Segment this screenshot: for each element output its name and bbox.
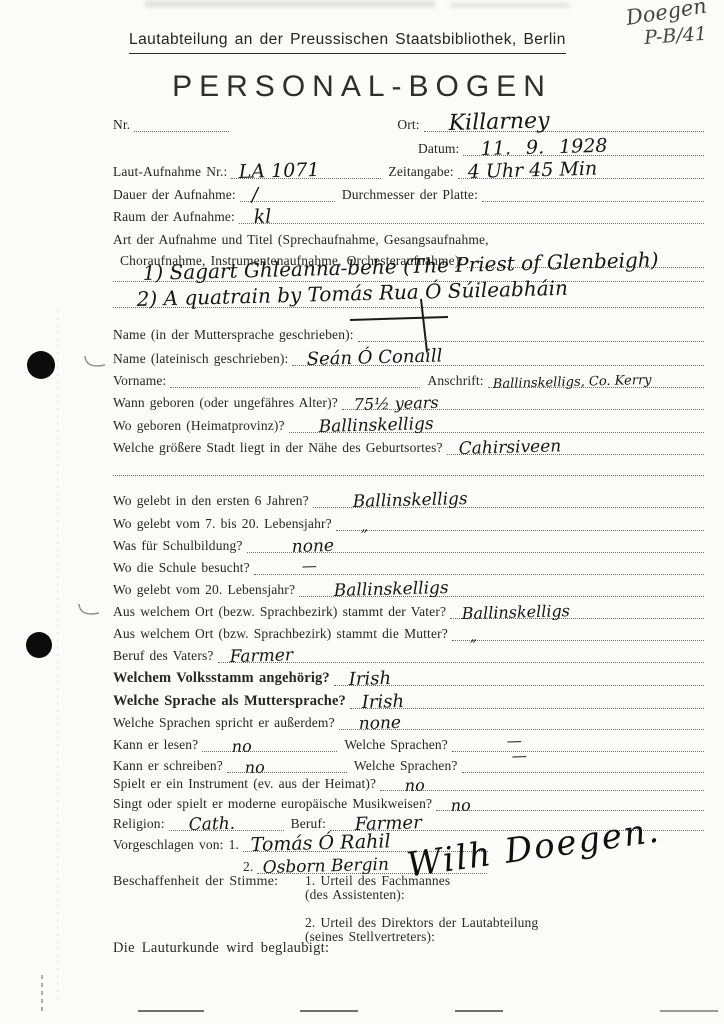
row-singt: Singt oder spielt er moderne europäische… [113, 791, 704, 811]
field-label: Ort: [397, 118, 423, 132]
scan-artifact [41, 975, 43, 1013]
field-label: Laut-Aufnahme Nr.: [113, 165, 231, 179]
handwritten-datum: 11. 9. 1928 [481, 137, 608, 159]
field-label: Aus welchem Ort (bzw. Sprachbezirk) stam… [113, 627, 452, 641]
row-datum: Datum: 11. 9. 1928 [113, 136, 704, 156]
field-label: Welche Sprachen spricht er außerdem? [113, 716, 339, 730]
dotted-line: / [240, 181, 335, 202]
punch-hole-icon [26, 632, 52, 658]
handwritten-ort: Killarney [448, 110, 549, 135]
dotted-line: „ [336, 510, 704, 531]
scan-artifact-line [660, 1010, 718, 1012]
handwritten-proposer-1: Tomás Ó Rahil [251, 832, 391, 855]
field-label: Welche Sprachen? [337, 738, 452, 752]
organization-header: Lautabteilung an der Preussischen Staats… [129, 31, 566, 54]
field-label: Welche Sprache als Muttersprache? [113, 694, 350, 709]
field-label: Raum der Aufnahme: [113, 210, 239, 224]
row-name-muttersprache: Name (in der Muttersprache geschrieben): [113, 322, 704, 342]
field-label: Wann geboren (oder ungefähres Alter)? [113, 396, 342, 410]
row-lautnr-zeit: Laut-Aufnahme Nr.: LA 1071 Zeitangabe: 4… [113, 159, 704, 179]
field-label: Kann er lesen? [113, 738, 202, 752]
scan-artifact [450, 3, 570, 7]
dotted-line: LA 1071 [231, 158, 381, 179]
field-label: Wo gelebt vom 20. Lebensjahr? [113, 583, 299, 597]
judgement-2-line1: 2. Urteil des Direktors der Lautabteilun… [305, 916, 538, 930]
row-schule-besucht: Wo die Schule besucht? — [113, 555, 704, 575]
row-schulbildung: Was für Schulbildung? none [113, 533, 704, 553]
scan-artifact-line [300, 1010, 358, 1012]
dotted-line: Killarney [424, 111, 704, 132]
field-label: Zeitangabe: [381, 165, 457, 179]
scan-artifact-line [455, 1010, 503, 1012]
dotted-line: none [339, 709, 704, 730]
field-label: Beruf: [284, 817, 330, 831]
row-separator [113, 460, 704, 476]
dotted-line: — [254, 554, 704, 575]
dotted-line: 75½ years [342, 389, 704, 410]
row-nr-ort: Nr. Ort: Killarney [113, 112, 704, 132]
row-instrument: Spielt er ein Instrument (ev. aus der He… [113, 771, 704, 791]
dotted-line: Cahirsiveen [447, 434, 704, 455]
row-art-line1: Art der Aufnahme und Titel (Sprechaufnah… [113, 227, 704, 247]
dotted-line: kl [239, 203, 704, 224]
row-dauer-durchmesser: Dauer der Aufnahme: / Durchmesser der Pl… [113, 182, 704, 202]
dotted-line [358, 321, 704, 342]
handwritten-zeit: 4 Uhr 45 Min [467, 160, 597, 182]
spacer [229, 112, 397, 132]
dotted-line [113, 459, 704, 476]
field-label: Spielt er ein Instrument (ev. aus der He… [113, 777, 380, 791]
dotted-line: 4 Uhr 45 Min [458, 158, 704, 179]
dotted-line: Ballinskelligs [299, 576, 704, 597]
field-label: Singt oder spielt er moderne europäische… [113, 797, 436, 811]
field-label: Anschrift: [420, 374, 487, 388]
handwritten-alter: 75½ years [353, 395, 438, 413]
row-sprachen-sonst: Welche Sprachen spricht er außerdem? non… [113, 710, 704, 730]
field-label: Aus welchem Ort (bezw. Sprachbezirk) sta… [113, 605, 450, 619]
row-beruf-vater: Beruf des Vaters? Farmer [113, 643, 704, 663]
field-label: Art der Aufnahme und Titel (Sprechaufnah… [113, 233, 493, 247]
row-wo-geboren: Wo geboren (Heimatprovinz)? Ballinskelli… [113, 413, 704, 433]
row-lesen: Kann er lesen? no Welche Sprachen? — [113, 732, 704, 752]
dotted-line: Ballinskelligs [289, 412, 704, 433]
field-label: Religion: [113, 817, 169, 831]
pencil-curl-mark [82, 354, 112, 376]
row-vater-ort: Aus welchem Ort (bezw. Sprachbezirk) sta… [113, 599, 704, 619]
dotted-line: 11. 9. 1928 [463, 135, 704, 156]
fold-line [57, 310, 58, 1000]
dotted-line: no [436, 790, 704, 811]
scan-artifact [145, 1, 435, 7]
dotted-line: „ [452, 620, 704, 641]
dotted-line: Irish [350, 686, 704, 709]
field-label: 2. [243, 860, 257, 874]
field-label: Beschaffenheit der Stimme: [113, 874, 305, 944]
handwritten-name: Seán Ó Conaill [307, 347, 443, 369]
handwritten-value: Ballinskelligs [352, 491, 467, 511]
field-label: Vorgeschlagen von: 1. [113, 838, 243, 852]
dotted-line: Ballinskelligs [450, 598, 704, 619]
judgement-1-line2: (des Assistenten): [305, 888, 538, 902]
spacer [113, 136, 418, 156]
dotted-line: Ballinskelligs, Co. Kerry [488, 367, 704, 388]
handwritten-geburtsort: Ballinskelligs [318, 416, 433, 436]
dotted-line: Irish [334, 663, 704, 686]
row-volksstamm: Welchem Volksstamm angehörig? Irish [113, 664, 704, 686]
field-label: Welche größere Stadt liegt in der Nähe d… [113, 441, 447, 455]
dotted-line: no [380, 770, 704, 791]
dotted-line [170, 367, 420, 388]
row-name-lateinisch: Name (lateinisch geschrieben): Seán Ó Co… [113, 346, 704, 366]
field-label: Wo geboren (Heimatprovinz)? [113, 419, 289, 433]
dotted-line: Farmer [218, 642, 704, 663]
row-gelebt-7-20: Wo gelebt vom 7. bis 20. Lebensjahr? „ [113, 511, 704, 531]
handwritten-dash: — [511, 749, 526, 764]
handwritten-raum: kl [253, 208, 271, 227]
field-label: Wo gelebt vom 7. bis 20. Lebensjahr? [113, 517, 336, 531]
field-label: Vorname: [113, 374, 170, 388]
scanned-personal-bogen-form: Lautabteilung an der Preussischen Staats… [0, 0, 724, 1024]
field-label: Nr. [113, 118, 134, 132]
row-gelebt-6: Wo gelebt in den ersten 6 Jahren? Ballin… [113, 488, 704, 508]
field-label: Durchmesser der Platte: [335, 188, 482, 202]
pencil-curl-mark [76, 602, 106, 624]
row-stadt: Welche größere Stadt liegt in der Nähe d… [113, 435, 704, 455]
voice-judgement-items: 1. Urteil des Fachmannes (des Assistente… [305, 874, 538, 944]
certification-line: Die Lauturkunde wird beglaubigt: [113, 940, 329, 957]
row-wann-geboren: Wann geboren (oder ungefähres Alter)? 75… [113, 390, 704, 410]
dotted-line: Cath. [169, 810, 284, 831]
handwritten-annotation-ref: P-B/41 [643, 23, 707, 49]
field-label: Beruf des Vaters? [113, 649, 218, 663]
judgement-1-line1: 1. Urteil des Fachmannes [305, 874, 538, 888]
row-raum: Raum der Aufnahme: kl [113, 204, 704, 224]
page-title: PERSONAL-BOGEN [0, 70, 724, 104]
scan-artifact-line [138, 1010, 204, 1012]
dotted-line: Seán Ó Conaill [292, 345, 704, 366]
voice-judgement-section: Beschaffenheit der Stimme: 1. Urteil des… [113, 874, 538, 944]
handwritten-value: none [358, 715, 401, 733]
field-label: Wo die Schule besucht? [113, 561, 254, 575]
field-label: Was für Schulbildung? [113, 539, 247, 553]
field-label: Wo gelebt in den ersten 6 Jahren? [113, 494, 313, 508]
handwritten-stadt: Cahirsiveen [458, 438, 561, 458]
row-vorname-anschrift: Vorname: Anschrift: Ballinskelligs, Co. … [113, 368, 704, 388]
row-gelebt-20: Wo gelebt vom 20. Lebensjahr? Ballinskel… [113, 577, 704, 597]
field-label: Datum: [418, 142, 463, 156]
field-label: Welchem Volksstamm angehörig? [113, 671, 334, 686]
punch-hole-icon [27, 351, 55, 379]
dotted-line: — [452, 731, 704, 752]
field-label: Name (lateinisch geschrieben): [113, 352, 292, 366]
dotted-line: no [202, 731, 337, 752]
field-label: Dauer der Aufnahme: [113, 188, 240, 202]
judgement-2-line2: (seines Stellvertreters): [305, 930, 538, 944]
dotted-line [482, 181, 704, 202]
field-label: Name (in der Muttersprache geschrieben): [113, 328, 358, 342]
handwritten-lautnr: LA 1071 [239, 161, 320, 182]
spacer [113, 854, 243, 874]
handwritten-dash: — [301, 559, 316, 574]
handwritten-value: Ballinskelligs [334, 580, 449, 600]
row-muttersprache: Welche Sprache als Muttersprache? Irish [113, 687, 704, 709]
row-mutter-ort: Aus welchem Ort (bzw. Sprachbezirk) stam… [113, 621, 704, 641]
dotted-line: none [247, 532, 704, 553]
dotted-line [134, 111, 229, 132]
dotted-line: no [227, 752, 347, 773]
dotted-line: Ballinskelligs [313, 487, 704, 508]
